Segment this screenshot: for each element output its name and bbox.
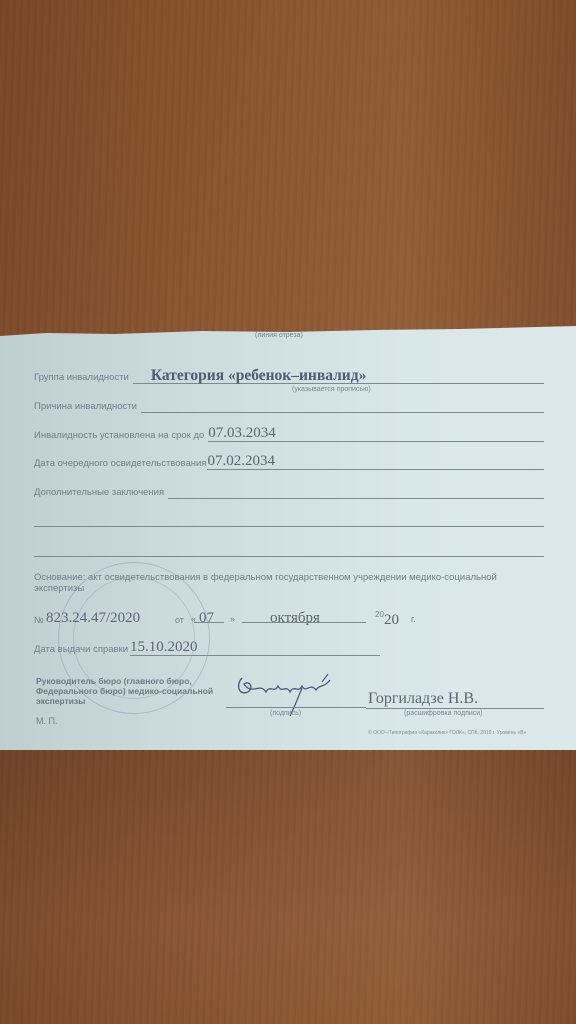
field-value: Категория «ребенок–инвалид» — [133, 368, 544, 384]
seal-label: М. П. — [36, 716, 57, 726]
act-month: октября — [270, 610, 320, 627]
number-prefix: № — [34, 615, 44, 625]
field-additional-conclusions: Дополнительные заключения — [34, 484, 544, 499]
field-label: Инвалидность установлена на срок до — [34, 430, 204, 442]
act-year: 20 — [384, 612, 399, 629]
field-value — [168, 484, 544, 499]
name-underline — [366, 707, 544, 709]
year-prefix: 20 — [375, 610, 384, 619]
signatory-name: Горгиладзе Н.В. — [368, 690, 478, 708]
act-day: 07 — [199, 610, 214, 627]
from-label: от — [175, 615, 184, 625]
blank-line — [34, 525, 544, 527]
year-label: г. — [411, 614, 416, 624]
act-number-row: № 823.24.47/2020 от « 07 » октября 20 20… — [34, 610, 454, 630]
cut-line-label: (линия отреза) — [255, 332, 303, 339]
field-next-examination: Дата очередного освидетельствования 07.0… — [34, 454, 544, 470]
signatory-title: Руководитель бюро (главного бюро, Федера… — [36, 676, 226, 706]
month-underline — [242, 621, 366, 623]
field-hint: (указывается прописью) — [292, 386, 371, 393]
printer-imprint: © ООО «Типография «Караколик» ГОЛК», СПб… — [368, 730, 526, 736]
field-value: 15.10.2020 — [130, 640, 380, 656]
field-value: 07.02.2034 — [207, 454, 544, 470]
field-disability-group: Группа инвалидности Категория «ребенок–и… — [34, 368, 544, 384]
field-valid-until: Инвалидность установлена на срок до 07.0… — [34, 426, 544, 442]
act-number: 823.24.47/2020 — [46, 610, 140, 627]
field-label: Дата выдачи справки — [34, 644, 128, 656]
field-label: Дополнительные заключения — [34, 487, 164, 499]
disability-certificate-slip: (линия отреза) Группа инвалидности Катег… — [0, 326, 576, 750]
field-value — [141, 398, 544, 413]
signature-hint: (подпись) — [270, 710, 301, 717]
signature-underline — [226, 706, 366, 708]
field-label: Группа инвалидности — [34, 372, 129, 384]
day-underline — [194, 621, 224, 623]
day-close-quote: » — [230, 614, 235, 624]
field-label: Дата очередного освидетельствования — [34, 458, 206, 470]
signatory-title-text: Руководитель бюро (главного бюро, Федера… — [36, 676, 226, 706]
field-disability-cause: Причина инвалидности — [34, 398, 544, 413]
field-value: 07.03.2034 — [208, 426, 544, 442]
field-label: Причина инвалидности — [34, 401, 137, 413]
field-issue-date: Дата выдачи справки 15.10.2020 — [34, 640, 380, 656]
blank-line — [34, 555, 544, 557]
basis-text: Основание: акт освидетельствования в фед… — [34, 572, 504, 594]
name-hint: (расшифровка подписи) — [404, 710, 483, 717]
